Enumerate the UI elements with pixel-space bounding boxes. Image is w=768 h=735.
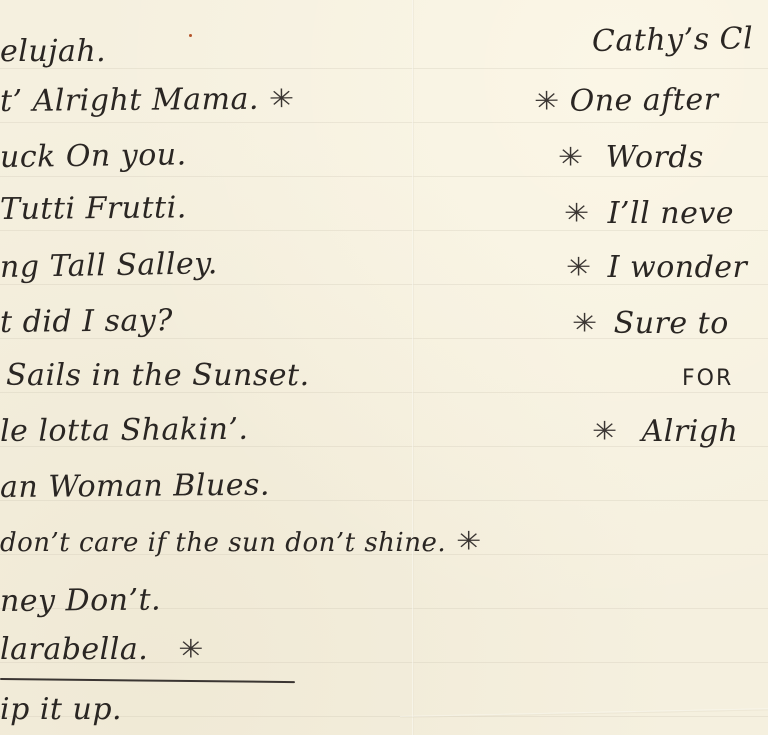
asterisk-star-icon: ✳ (178, 635, 204, 665)
song-title: t’ Alright Mama. (0, 82, 259, 119)
song-title: Alrigh (642, 414, 739, 449)
song-title: Sure to (614, 306, 729, 341)
setlist-item: t’ Alright Mama.✳ (0, 81, 295, 119)
setlist-item: ✳Words (558, 140, 704, 175)
section-heading: FOR (682, 366, 733, 391)
song-title: Words (606, 140, 704, 175)
setlist-item: elujah. (0, 34, 106, 69)
ruled-line (0, 68, 768, 69)
setlist-item: an Woman Blues. (0, 468, 270, 505)
setlist-item: ✳I wonder (566, 250, 747, 285)
song-title: ney Don’t. (0, 583, 161, 619)
song-title: One after (569, 82, 718, 118)
setlist-item: ✳Alrigh (592, 414, 738, 449)
setlist-item: ng Tall Salley. (0, 246, 218, 285)
setlist-item: ✳I’ll neve (564, 196, 734, 231)
setlist-item: larabella.✳ (0, 632, 204, 667)
setlist-item: le lotta Shakin’. (0, 412, 249, 449)
setlist-item: ip it up. (0, 692, 122, 727)
setlist-item: Cathy’s Cl (592, 21, 754, 59)
song-title: t did I say? (0, 303, 173, 340)
asterisk-star-icon: ✳ (558, 143, 584, 173)
setlist-item: ✳One after (534, 82, 719, 119)
song-title: le lotta Shakin’. (0, 412, 249, 449)
setlist-item: Sails in the Sunset. (6, 358, 310, 393)
asterisk-star-icon: ✳ (572, 309, 598, 339)
setlist-item: uck On you. (0, 137, 187, 175)
song-title: ng Tall Salley. (0, 246, 218, 285)
song-title: an Woman Blues. (0, 468, 270, 505)
song-title: Cathy’s Cl (592, 21, 754, 59)
song-title: uck On you. (0, 137, 187, 175)
song-title: elujah. (0, 34, 106, 69)
setlist-item: don’t care if the sun don’t shine.✳ (0, 524, 482, 559)
asterisk-star-icon: ✳ (269, 84, 295, 114)
setlist-item: ney Don’t. (0, 583, 161, 619)
setlist-item: ✳Sure to (572, 306, 729, 341)
song-title: I wonder (608, 250, 748, 285)
asterisk-star-icon: ✳ (456, 527, 482, 557)
song-title: Tutti Frutti. (0, 190, 187, 227)
song-title: don’t care if the sun don’t shine. (0, 528, 446, 558)
heading-text: FOR (682, 366, 733, 391)
ruled-line (0, 122, 768, 123)
asterisk-star-icon: ✳ (592, 417, 618, 447)
song-title: larabella. (0, 632, 148, 667)
setlist-item: Tutti Frutti. (0, 190, 187, 227)
song-title: ip it up. (0, 692, 122, 727)
setlist-item: t did I say? (0, 303, 173, 340)
ink-speck (189, 34, 192, 37)
asterisk-star-icon: ✳ (564, 199, 590, 229)
asterisk-star-icon: ✳ (566, 253, 592, 283)
song-title: I’ll neve (608, 196, 734, 231)
song-title: Sails in the Sunset. (6, 358, 310, 393)
asterisk-star-icon: ✳ (534, 86, 560, 116)
paper-fold-vertical (412, 0, 414, 735)
ruled-line (0, 176, 768, 177)
